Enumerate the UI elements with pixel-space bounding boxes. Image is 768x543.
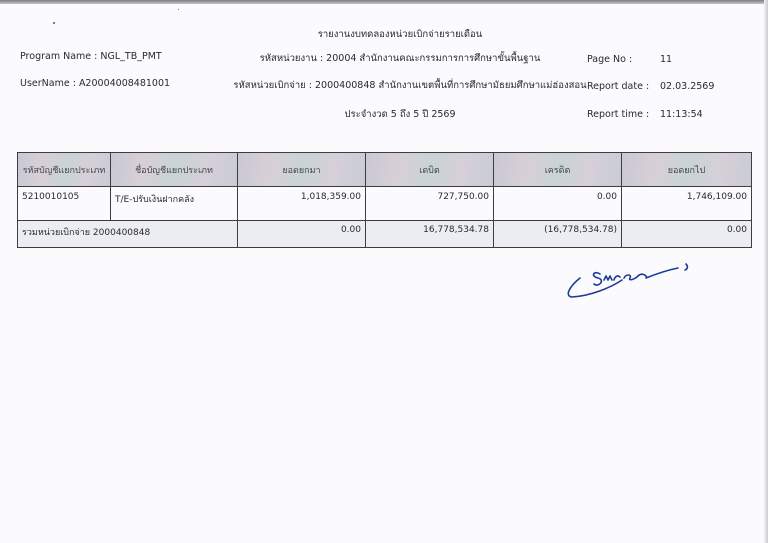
program-name-value: NGL_TB_PMT [100, 51, 161, 62]
header-carried-forward: ยอดยกไป [622, 153, 752, 187]
page-no-label: Page No : [587, 54, 632, 65]
header-debit: เดบิต [366, 153, 494, 187]
username-label: UserName : [20, 78, 76, 89]
table-row: 5210010105 T/E-ปรับเงินฝากคลัง 1,018,359… [18, 187, 752, 221]
report-time-label: Report time : [587, 109, 649, 120]
username: UserName : A20004008481001 [20, 78, 170, 89]
header-brought-forward: ยอดยกมา [238, 153, 366, 187]
cell-debit: 727,750.00 [366, 187, 494, 221]
total-brought-forward: 0.00 [238, 221, 366, 248]
report-date-value: 02.03.2569 [660, 81, 714, 92]
page-no-value: 11 [660, 54, 672, 65]
period-line: ประจำงวด 5 ถึง 5 ปี 2569 [344, 107, 455, 122]
username-value: A20004008481001 [79, 78, 170, 89]
disbursing-unit-line: รหัสหน่วยเบิกจ่าย : 2000400848 สำนักงานเ… [233, 78, 586, 93]
header-account-code: รหัสบัญชีแยกประเภท [18, 153, 111, 187]
program-name-label: Program Name : [20, 51, 97, 62]
report-time-value: 11:13:54 [660, 109, 703, 120]
total-carried-forward: 0.00 [622, 221, 752, 248]
total-credit: (16,778,534.78) [494, 221, 622, 248]
cell-account-name: T/E-ปรับเงินฝากคลัง [111, 187, 238, 221]
report-title: รายงานงบทดลองหน่วยเบิกจ่ายรายเดือน [318, 27, 483, 42]
header-credit: เครดิต [494, 153, 622, 187]
cell-brought-forward: 1,018,359.00 [238, 187, 366, 221]
cell-account-code: 5210010105 [18, 187, 111, 221]
trial-balance-table: รหัสบัญชีแยกประเภท ชื่อบัญชีแยกประเภท ยอ… [17, 152, 752, 248]
header-account-name: ชื่อบัญชีแยกประเภท [111, 153, 238, 187]
report-date-label: Report date : [587, 81, 649, 92]
agency-line: รหัสหน่วยงาน : 20004 สำนักงานคณะกรรมการก… [260, 51, 541, 66]
scan-top-edge [0, 0, 768, 4]
cell-carried-forward: 1,746,109.00 [622, 187, 752, 221]
scan-right-edge [764, 0, 768, 543]
scan-speck [53, 22, 55, 24]
signature-icon [560, 250, 700, 305]
total-label: รวมหน่วยเบิกจ่าย 2000400848 [18, 221, 238, 248]
cell-credit: 0.00 [494, 187, 622, 221]
total-debit: 16,778,534.78 [366, 221, 494, 248]
table-total-row: รวมหน่วยเบิกจ่าย 2000400848 0.00 16,778,… [18, 221, 752, 248]
scan-speck [178, 9, 179, 10]
program-name: Program Name : NGL_TB_PMT [20, 51, 162, 62]
table-header-row: รหัสบัญชีแยกประเภท ชื่อบัญชีแยกประเภท ยอ… [18, 153, 752, 187]
